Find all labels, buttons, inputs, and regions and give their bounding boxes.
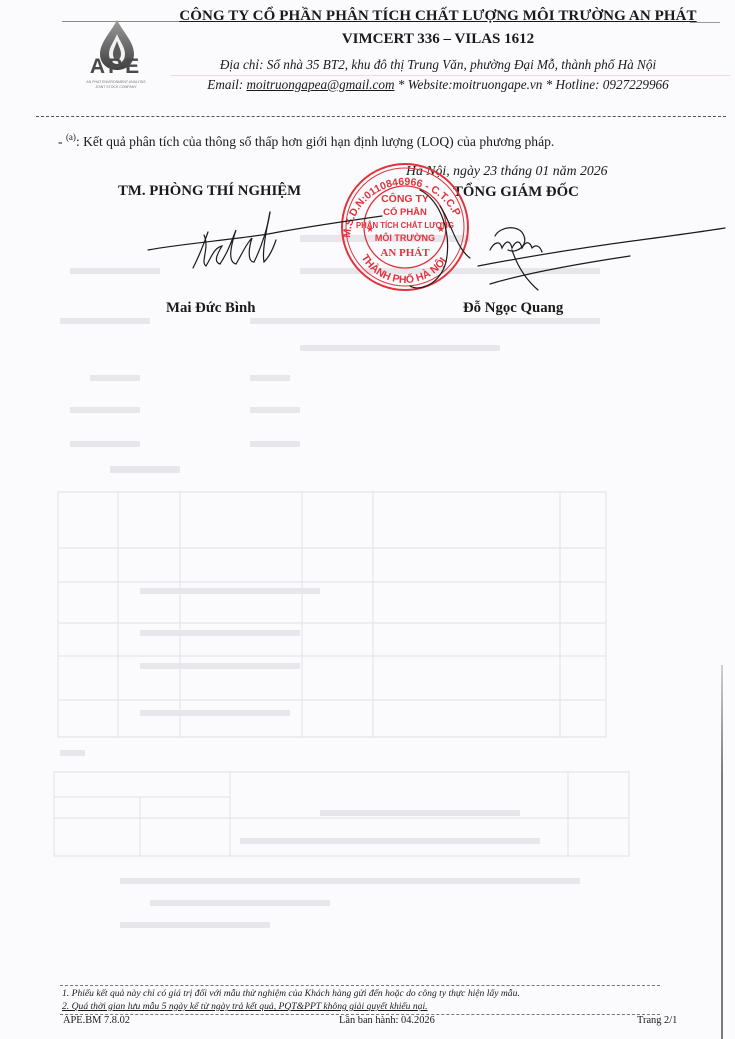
issue-version: Lần ban hành: 04.2026 xyxy=(339,1015,435,1026)
page-number: Trang 2/1 xyxy=(637,1015,677,1026)
svg-text:CỔ PHẦN: CỔ PHẦN xyxy=(383,206,427,218)
svg-text:MÔI TRƯỜNG: MÔI TRƯỜNG xyxy=(375,232,435,243)
svg-text:PHÂN TÍCH CHẤT LƯỢNG: PHÂN TÍCH CHẤT LƯỢNG xyxy=(356,220,454,230)
svg-text:AN PHÁT: AN PHÁT xyxy=(380,247,430,259)
footer-note-2: 2. Quá thời gian lưu mẫu 5 ngày kể từ ng… xyxy=(62,1001,428,1012)
signatures-and-stamp: M.S.D.N:0110846966 - C.T.C.P THÀNH PHỐ H… xyxy=(0,0,735,340)
form-code: APE.BM 7.8.02 xyxy=(63,1015,130,1026)
footer-note-1: 1. Phiếu kết quả này chỉ có giá trị đối … xyxy=(62,988,520,999)
page-edge-shadow xyxy=(721,665,723,1039)
company-stamp-icon: M.S.D.N:0110846966 - C.T.C.P THÀNH PHỐ H… xyxy=(341,164,468,290)
lab-signer-name: Mai Đức Bình xyxy=(166,300,255,317)
footer-rule-top xyxy=(60,985,660,986)
director-name: Đỗ Ngọc Quang xyxy=(463,300,563,317)
svg-text:CÔNG TY: CÔNG TY xyxy=(381,192,429,205)
